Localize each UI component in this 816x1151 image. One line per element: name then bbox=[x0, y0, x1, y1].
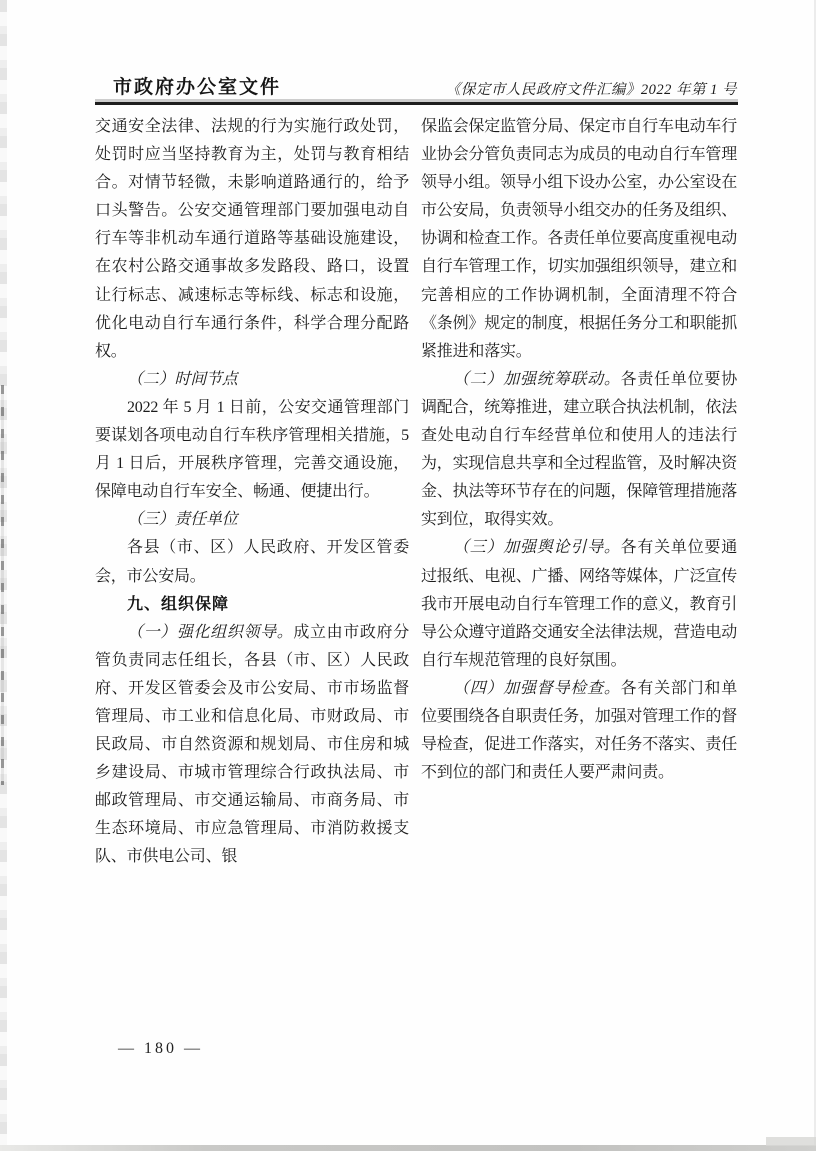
paragraph-text: 成立由市政府分管负责同志任组长，各县（市、区）人民政府、开发区管委会及市公安局、… bbox=[95, 624, 409, 866]
paragraph-lead: （一）强化组织领导。 bbox=[127, 624, 293, 641]
header-rule bbox=[95, 102, 738, 105]
section-heading-organizational-guarantee: 九、组织保障 bbox=[95, 591, 409, 619]
paragraph: 2022 年 5 月 1 日前，公安交通管理部门要谋划各项电动自行车秩序管理相关… bbox=[95, 394, 409, 506]
paragraph: （二）加强统筹联动。各责任单位要协调配合，统筹推进，建立联合执法机制，依法查处电… bbox=[421, 366, 737, 535]
subheading-time-node: （二）时间节点 bbox=[95, 366, 409, 394]
subheading-responsible-units: （三）责任单位 bbox=[95, 506, 409, 534]
page-number: — 180 — bbox=[118, 1040, 203, 1058]
paragraph: （三）加强舆论引导。各有关单位要通过报纸、电视、广播、网络等媒体，广泛宣传我市开… bbox=[421, 534, 737, 674]
right-column: 保监会保定监管分局、保定市自行车电动车行业协会分管负责同志为成员的电动自行车管理… bbox=[421, 113, 737, 787]
paragraph-text: 各有关单位要通过报纸、电视、广播、网络等媒体，广泛宣传我市开展电动自行车管理工作… bbox=[421, 539, 737, 668]
scan-edge-bottom-patch bbox=[766, 1137, 816, 1146]
header-left-title: 市政府办公室文件 bbox=[113, 72, 281, 99]
paragraph-lead: （四）加强督导检查。 bbox=[453, 680, 621, 697]
header-right-title: 《保定市人民政府文件汇编》2022 年第 1 号 bbox=[446, 78, 737, 99]
paragraph-lead: （二）加强统筹联动。 bbox=[453, 371, 621, 388]
paragraph: 保监会保定监管分局、保定市自行车电动车行业协会分管负责同志为成员的电动自行车管理… bbox=[421, 113, 737, 366]
scan-edge-left bbox=[0, 0, 7, 1151]
paragraph: （一）强化组织领导。成立由市政府分管负责同志任组长，各县（市、区）人民政府、开发… bbox=[95, 619, 409, 872]
document-page: 市政府办公室文件 《保定市人民政府文件汇编》2022 年第 1 号 交通安全法律… bbox=[0, 0, 816, 1151]
paragraph: （四）加强督导检查。各有关部门和单位要围绕各自职责任务，加强对管理工作的督导检查… bbox=[421, 675, 737, 787]
paragraph-lead: （三）加强舆论引导。 bbox=[453, 539, 621, 556]
paragraph: 各县（市、区）人民政府、开发区管委会，市公安局。 bbox=[95, 534, 409, 590]
scan-edge-bottom bbox=[0, 1145, 816, 1151]
scan-edge-left-dark-streak bbox=[1, 385, 4, 785]
left-column: 交通安全法律、法规的行为实施行政处罚，处罚时应当坚持教育为主，处罚与教育相结合。… bbox=[95, 113, 409, 872]
paragraph-text: 各责任单位要协调配合，统筹推进，建立联合执法机制，依法查处电动自行车经营单位和使… bbox=[421, 371, 737, 528]
paragraph: 交通安全法律、法规的行为实施行政处罚，处罚时应当坚持教育为主，处罚与教育相结合。… bbox=[95, 113, 409, 366]
